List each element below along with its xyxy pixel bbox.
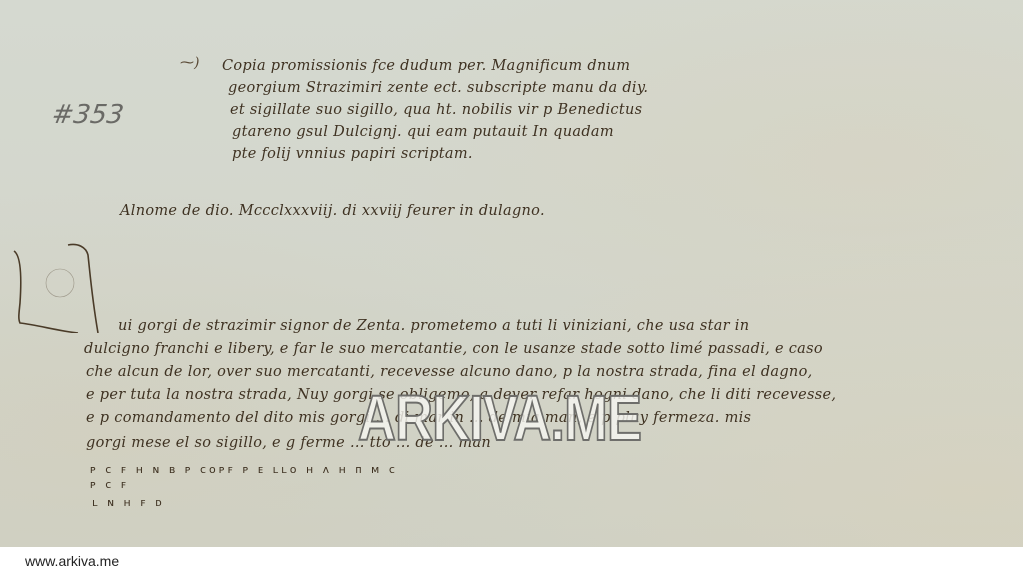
watermark: ARKIVA.ME [358,386,641,450]
summary-line: Copia promissionis fce dudum per. Magnif… [222,58,630,74]
signature-line: ʟ ɴ ʜ ꜰ ᴅ [92,496,165,509]
body-line: che alcun de lor, over suo mercatanti, r… [86,364,813,380]
date-line: Alnome de dio. Mccclxxxviij. di xxviij f… [120,203,545,219]
archive-number: #353 [50,100,126,130]
margin-bracket-mark: ⁓) [180,55,199,71]
signature-line: ᴘ ᴄ ꜰ [90,478,129,491]
footer-url-link[interactable]: www.arkiva.me [25,553,119,569]
summary-line: pte folij vnnius papiri scriptam. [232,146,473,162]
summary-line: georgium Strazimiri zente ect. subscript… [228,80,648,96]
signature-line: ᴘ ᴄ ꜰ ʜ ɴ ʙ ᴘ ᴄᴏᴘꜰ ᴘ ᴇ ʟʟᴏ ʜ ᴧ ʜ ᴨ ᴍ ᴄ [90,463,398,476]
summary-line: et sigillate suo sigillo, qua ht. nobili… [230,102,642,118]
decorated-initial-l [8,243,100,333]
body-line: dulcigno franchi e libery, e far le suo … [84,341,823,357]
manuscript-scan: #353 ⁓) Copia promissionis fce dudum per… [0,0,1023,547]
summary-line: gtareno gsul Dulcignj. qui eam putauit I… [232,124,614,140]
body-line: ui gorgi de strazimir signor de Zenta. p… [118,318,749,334]
